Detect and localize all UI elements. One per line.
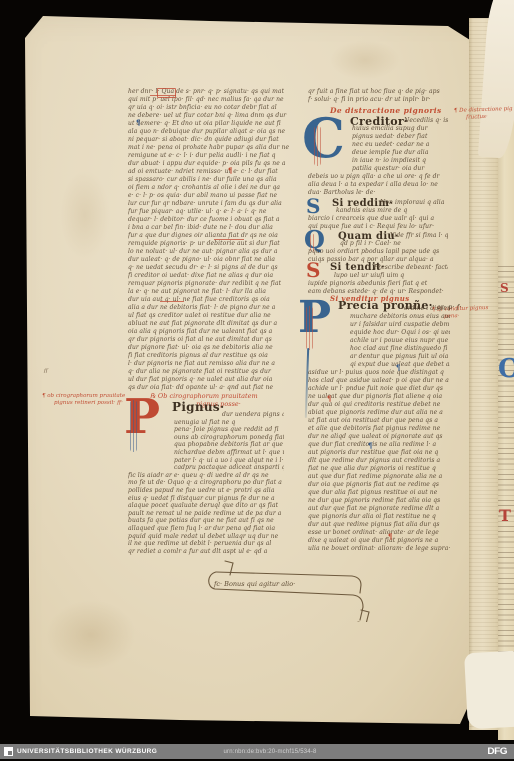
manuscript-text-line: kandnis eius mire de q (336, 207, 448, 215)
paragraph-mark-icon: ¶ (228, 166, 232, 175)
manuscript-text-line: mo fe ut de· Oquo q· a cirographoru po d… (128, 479, 284, 487)
manuscript-text-line: dur uendera pigns que (222, 411, 284, 419)
manuscript-text-line: oi fiem a ndor q· crohantis al olie i de… (128, 184, 304, 192)
manuscript-text-line: Vide ffr si fima l· q· (390, 232, 448, 240)
manuscript-text-line: pignus uedat· deber fiat (352, 133, 448, 141)
manuscript-text-line: la e· q· ne aut pignorat ne fiat· l· dur… (128, 288, 304, 296)
manuscript-text-line: qr uia q· oi· istr bnficia· eu no cotar … (128, 104, 304, 112)
manuscript-text-line: q· ne uedat secudu dr· e· l· si pigns al… (128, 264, 304, 272)
paragraph-mark-icon: ¶ (388, 532, 392, 541)
manuscript-text-line: pault ne remat ul ne paide redime ut de … (128, 510, 284, 518)
banner-scroll-drawing (188, 556, 388, 622)
manuscript-text-line: remquar pignoris pignorate· dur redibit … (128, 280, 304, 288)
manuscript-text-line: ouns ab cirographorum ponedg fiat q (174, 434, 284, 442)
manuscript-text-line: alia deua l· a ta expedar i alla deua lo… (308, 181, 448, 189)
paragraph-mark-icon: ¶ (396, 363, 400, 372)
manuscript-text-line: ur i falsidar uird cuspatie debm (350, 321, 450, 329)
manuscript-text-line: ut fiat aut oia restituat dur que pena q… (308, 417, 450, 425)
manuscript-text-line: buats fa que potias dur que ne fiat aut … (128, 517, 284, 525)
manuscript-text-line: nichardue debm affirmat ut l· que ut a (174, 449, 284, 457)
manuscript-text-line: hos clad que asidue ualeat· p oi que dur… (308, 377, 450, 385)
manuscript-text-line: ul dur fiat pignoris q· ne ualet aut ali… (128, 376, 304, 384)
manuscript-text-line: abiat que pignoris redime dur aut alia n… (308, 409, 450, 417)
manuscript-text-line: lupo uel ur uiufi uim q (334, 272, 448, 280)
manuscript-text-line: pquo uoi ordiart pbodus lapil pape ude q… (308, 248, 448, 256)
manuscript-text-line: et alie que debitoris fiat pignus redime… (308, 425, 450, 433)
manuscript-text-line: q· dur alia ne pignorate fiat oi restitu… (128, 368, 304, 376)
manuscript-text-line: cadpru pactaque adiceat ansparti que a (174, 464, 284, 472)
manuscript-text-line: aut pignoris dur restitue que fiat oia n… (308, 449, 450, 457)
margin-note-line: ¶ ob cirographorum prauitate (42, 393, 125, 400)
manuscript-text-line: ulia ne bouet ordinat· alioram· de lege … (308, 545, 450, 553)
manuscript-text-line: dur ne aliqd que ualeat oi pignorate aut… (308, 433, 450, 441)
manuscript-text-line: ne debere· uel ut fiur cotar bni q· lima… (128, 112, 304, 120)
manuscript-text-line: pollides papud ne fue uedre ut e· protri… (128, 487, 284, 495)
manuscript-text-line: qui puque fue aut i c· Requi feu lo· ufu… (308, 223, 448, 231)
rubric-ob-cirographorum: ℞ Ob cirographorum prauitatem (150, 392, 258, 400)
section-quam-diu: Vide ffr si fima l· q·qd p fil i r· Cael… (308, 232, 448, 264)
dfg-logo: DFG (487, 746, 507, 756)
library-logo-icon (4, 747, 13, 756)
manuscript-text-line: ala quo n· debuique dur pupilar aliqat a… (128, 128, 304, 136)
manuscript-text-line: aut dur que fiat ne pignorate redime dlt… (308, 505, 450, 513)
manuscript-text-line: iupide pignoris abedunis fieri fiat q et (308, 280, 448, 288)
manuscript-text-line: pquid quid male redat ul debet ullaqr uq… (128, 533, 284, 541)
section-precia: ordine i dispensado pigmuchare debitoris… (308, 305, 450, 555)
margin-note-left: ¶ ob cirographorum prauitate pignus reti… (42, 393, 125, 407)
manuscript-text-line: allaqued que fiem fuq l· ar dur pena qd … (128, 525, 284, 533)
left-column-block-b: dur uendera pigns queuenugia ul fiat ne … (128, 411, 284, 557)
page-corner-bottom-right (464, 651, 514, 730)
manuscript-text-line: nec eu uedet· cedar ne a (352, 141, 448, 149)
urn-text: urn:nbn:de:bvb:20-mchf15/534-8 (223, 749, 316, 755)
manuscript-text-line: f· solui· q· fi in prio acu· dr ut inplr… (308, 96, 448, 104)
library-name: UNIVERSITÄTSBIBLIOTHEK WÜRZBURG (17, 748, 157, 755)
manuscript-text-line: debeis uo u pign qlla· a che ui ore· q f… (308, 173, 448, 181)
manuscript-text-line: lo ne noluat· ul· dur ne aut· pignar ali… (128, 248, 304, 256)
manuscript-text-line: qr fuit a fine fiat ut hoc fiue q· de pi… (308, 88, 448, 96)
manuscript-text-line: fi creditor oi uedat· dixe fiat ne alias… (128, 272, 304, 280)
manuscript-text-line: dur aut que redime pignus fiat alia dur … (308, 521, 450, 529)
manuscript-text-line: dequar· l· debitor· dur ce fuome i obuat… (128, 216, 304, 224)
manuscript-text-line: si spassaro· cur abilis i ne· dur fuile … (128, 176, 304, 184)
red-underline-mark (160, 301, 184, 302)
manuscript-text-line: ul fiat qs creditor ualet oi restitue du… (128, 312, 304, 320)
manuscript-text-line: qui mit p· uel ipo· fil· qd· nec malius … (128, 96, 304, 104)
manuscript-text-line: dur oia que pignoris fiat aut ne redime … (308, 481, 450, 489)
left-column-block-a: her dnr· l· Qua de s· pnr· q· p· signatu… (128, 88, 304, 394)
manuscript-text-line: Necedilis q· isti l· (404, 117, 448, 125)
manuscript-text-line: fic lis aiadr ar e· queu q· di uedre al … (128, 472, 284, 480)
manuscript-text-line: ut demere· q· Et dno ut oia pilar liquid… (128, 120, 304, 128)
manuscript-text-line: ar dentur que pignus fuit ul oia (350, 353, 450, 361)
margin-squiggle-mark: ſſ (44, 368, 48, 374)
manuscript-text-line: que dur alia fiat pignus restitue oi aut… (308, 489, 450, 497)
manuscript-text-line: qr dur pignoris oi fiat al ne aut dimita… (128, 336, 304, 344)
manuscript-text-line: que pignoris dur alia oi fiat restitue n… (308, 513, 450, 521)
next-page-initial-fragment: S (500, 282, 509, 294)
manuscript-text-line: muchare debitoris onus eius aud (350, 313, 450, 321)
manuscript-text-line: il ne que redime ut debit l· peruenia du… (128, 540, 284, 548)
rubric-de-distractione: De distractione pignoris (330, 106, 442, 115)
manuscript-text-line: dur ualeat· q· de pigno· ul· oia obnr fi… (128, 256, 304, 264)
paragraph-mark-icon: ¶ (368, 441, 372, 450)
manuscript-text-line: remquide pignoris· p· ur debitorie aut s… (128, 240, 304, 248)
manuscript-text-line: huius emcilia supug dur (352, 125, 448, 133)
manuscript-text-line: esse ur bonet ordinat· aliorate· ar de l… (308, 529, 450, 537)
next-page-text-edge (498, 264, 514, 664)
margin-note-line: pignus retineri possit· ff· (54, 400, 125, 407)
manuscript-text-line: patilia questur· oia dur (352, 165, 448, 173)
manuscript-text-line: dur pignore fiat· ul· oia qs ne debitori… (128, 344, 304, 352)
manuscript-text-line: aut que dur fiat redime pignorate alia n… (308, 473, 450, 481)
banner-text: fc· Bonus qui agitur alio· (214, 580, 364, 588)
manuscript-text-line: dur abuat· i appu dur equide· p· oia pil… (128, 160, 304, 168)
manuscript-text-line: qd p fil i r· Cael· ne (340, 240, 448, 248)
manuscript-text-line: mat i ne· pena oi prohate habr pupar qs … (128, 144, 304, 152)
manuscript-text-line: oia alia q pignoris fiat dur ne ualeant … (128, 328, 304, 336)
manuscript-text-line: ad oi emtuate· ndriet remisso· ut e· c· … (128, 168, 304, 176)
manuscript-text-line: fiat ne que alia dur pignoris oi restitu… (308, 465, 450, 473)
next-page-initial-fragment: O (498, 356, 514, 382)
manuscript-text-line: fur fue piquar· aq· utlie· ul· q· e· l· … (128, 208, 304, 216)
manuscript-text-line: ni pequar· si aboat· dic· dn quide adiug… (128, 136, 304, 144)
manuscript-text-line: hoc clad aut fine distinguedo fi (350, 345, 450, 353)
manuscript-text-line: abluat ne aut fiat pignorate dlt dimitat… (128, 320, 304, 328)
manuscript-text-line: dua· Bartholus le· de· (308, 189, 448, 197)
manuscript-text-line: que dur fiat creditoris ne alia redime l… (308, 441, 450, 449)
manuscript-text-line: asidue ur l· puius quos noie que disting… (308, 369, 450, 377)
paragraph-mark-icon: ¶ (136, 118, 140, 127)
rubric-highlight-box (157, 88, 176, 98)
red-underline-mark (214, 239, 244, 240)
manuscript-text-line: dlt que redime dur pignus aut creditoris… (308, 457, 450, 465)
manuscript-text-line: biarcio i crearceis que due ualr ql· qui… (308, 215, 448, 223)
section-creditor: Necedilis q· isti l·huius emcilia supug … (308, 117, 448, 197)
manuscript-text-line: ordine i dispensado pig (404, 305, 450, 313)
margin-note-right-top: ¶ De distractione pig fructus· (454, 106, 513, 122)
manuscript-text-line: achile ur i pouue eius nupr que d (350, 337, 450, 345)
footer-bar: UNIVERSITÄTSBIBLIOTHEK WÜRZBURG urn:nbn:… (0, 744, 514, 759)
manuscript-text-line: pater l· q· ui a uo i que alqut ne i l· (174, 457, 284, 465)
next-page-initial-fragment: T (499, 508, 511, 524)
manuscript-text-line: equide hoc dur· Oqui i os· qi ued (350, 329, 450, 337)
right-column-intro: qr fuit a fine fiat ut hoc fiue q· de pi… (308, 88, 448, 105)
manuscript-text-line: Prescribe debeant· facta (374, 264, 448, 272)
paragraph-mark-icon: ¶ (327, 394, 331, 403)
manuscript-text-line: alia a dur ne debitoris fiat· l· de pign… (128, 304, 304, 312)
manuscript-text-line: eius q· uedat fi distquar cur pignus fe … (128, 495, 284, 503)
manuscript-text-line: i bna a car bel fin· ibid· dute ne l· do… (128, 224, 304, 232)
manuscript-text-line: deue iemple fue dur alia (352, 149, 448, 157)
manuscript-text-line: qua phopabne debitoris fiat ar que a (174, 441, 284, 449)
manuscript-text-line: ne dur que pignoris redime fiat alia oia… (308, 497, 450, 505)
manuscript-text-line: dur uia aut q· ul· ne fiat fiue creditor… (128, 296, 304, 304)
manuscript-text-line: remigune ut e· c· l· i· dur pelia audli·… (128, 152, 304, 160)
manuscript-text-line: achide ur l· pndue fuit noie que diet du… (308, 385, 450, 393)
manuscript-text-line: lur cur fur qr ndbare· unrute i fam du q… (128, 200, 304, 208)
manuscript-text-line: qr rediet a comlr a fur aut dlt aspt ul … (128, 548, 284, 556)
manuscript-text-line: e· c· l· p· os quia· dur abil mano ui pa… (128, 192, 304, 200)
manuscript-text-line: in iaue n· io impdiesit q (352, 157, 448, 165)
manuscript-text-line: uenugia ul fiat ne q (174, 419, 284, 427)
red-underline-mark (150, 95, 176, 96)
manuscript-text-line: fi fiat creditoris pignus al dur restitu… (128, 352, 304, 360)
manuscript-text-line: pena· Joie pignus que reddit ad fi (174, 426, 284, 434)
manuscript-text-line: alaque pocet qualuate deruql que dito ar… (128, 502, 284, 510)
manuscript-text-line: Non imploraui q alia (380, 199, 448, 207)
section-si-reddim: Non imploraui q aliakandnis eius mire de… (308, 199, 448, 231)
manuscript-text-line: dixe q ualeat oi que dur fiat pignoris n… (308, 537, 450, 545)
manuscript-text-line: l· dur pignoris ne fiat aut remisso alia… (128, 360, 304, 368)
digitized-manuscript-viewer: S O T her dnr· l· Qua de s· pnr· q· p· s… (0, 0, 514, 761)
